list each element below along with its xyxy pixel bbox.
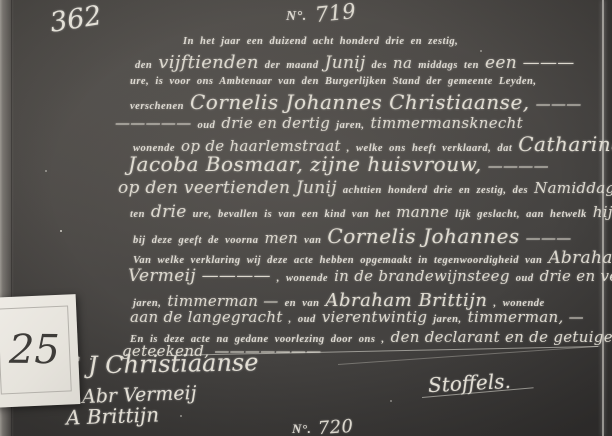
handwritten-text: drie en dertig: [221, 114, 330, 132]
act-line: ten drie ure, bevallen is van een kind v…: [130, 202, 612, 222]
dust-specks: [60, 230, 62, 232]
printed-text: , wonende: [277, 273, 328, 284]
act-line: op den veertienden Junij achttien honder…: [118, 178, 612, 198]
act-number: N°. 719: [286, 1, 356, 25]
printed-text: bij deze geeft de voorna: [133, 235, 258, 246]
signature-christiaanse: C J Christiaanse: [62, 348, 259, 379]
handwritten-text: Junij: [325, 53, 366, 73]
handwritten-dash: ————: [488, 157, 549, 175]
handwritten-text: manne: [396, 203, 449, 221]
act-line: aan de langegracht , oud vierentwintig j…: [130, 308, 584, 326]
act-line: ————— oud drie en dertig jaren, timmerma…: [115, 114, 523, 132]
handwritten-text: vierentwintig: [322, 308, 428, 326]
handwritten-text: vijftienden: [158, 52, 258, 73]
archive-label-number: 25: [9, 327, 60, 373]
handwritten-text: timmermansknecht: [371, 114, 523, 132]
next-act-number-value: 720: [318, 416, 355, 436]
signature-stoffels: Stoffels.: [427, 369, 511, 397]
next-act-number: N°. 720: [292, 417, 354, 436]
printed-text: In het jaar een duizend acht honderd dri…: [183, 36, 458, 47]
corner-number: 362: [48, 0, 104, 39]
printed-text: , oud: [289, 314, 316, 325]
act-number-value: 719: [314, 0, 357, 27]
act-line: In het jaar een duizend acht honderd dri…: [183, 36, 458, 47]
archive-label-border: 25: [0, 305, 72, 394]
printed-text: jaren,: [336, 120, 364, 131]
printed-text: verschenen: [130, 101, 184, 112]
handwritten-text: timmerman, —: [468, 308, 584, 326]
act-line: verschenen Cornelis Johannes Christiaans…: [130, 90, 582, 114]
handwritten-text: men: [264, 229, 298, 247]
handwritten-text: Namiddags: [534, 179, 612, 197]
handwritten-text: na: [393, 54, 412, 72]
handwritten-name: Abraham: [548, 248, 612, 268]
printed-text: achttien honderd drie en zestig, des: [343, 185, 528, 196]
handwritten-text: een ———: [485, 53, 575, 73]
printed-text: oud: [198, 120, 216, 131]
printed-text: ten: [130, 209, 145, 220]
printed-text: Van welke verklaring wij deze acte hebbe…: [133, 255, 542, 266]
act-number-prefix: N°.: [286, 9, 307, 24]
handwritten-text: drie: [151, 202, 187, 222]
act-line: Jacoba Bosmaar, zijne huisvrouw, ————: [128, 152, 549, 176]
negative-photo-of-birth-record: 362 N°. 719 In het jaar een duizend acht…: [0, 0, 612, 436]
printed-text: van: [304, 235, 321, 246]
act-line: den vijftienden der maand Junij des na m…: [135, 52, 575, 73]
signature-brittijn: A Brittijn: [66, 402, 160, 429]
handwritten-text: drie en veertig: [540, 267, 612, 285]
handwritten-dash: ———: [526, 229, 572, 247]
printed-text: der maand: [265, 60, 319, 71]
printed-text: des: [372, 60, 388, 71]
handwritten-text: aan de langegracht: [130, 308, 283, 326]
act-line: Van welke verklaring wij deze acte hebbe…: [133, 248, 612, 268]
printed-text: ure, bevallen is van een kind van het: [193, 209, 391, 220]
archive-label: 25: [0, 294, 80, 408]
printed-text: oud: [516, 273, 534, 284]
handwritten-name: Vermeij ————: [128, 266, 271, 286]
handwritten-text: in de brandewijnsteeg: [334, 267, 510, 285]
handwritten-text: den declarant en de getuigen: [391, 328, 612, 346]
handwritten-text: op den veertienden Junij: [118, 178, 337, 198]
handwritten-name: Cornelis Johannes: [327, 224, 519, 248]
printed-text: den: [135, 60, 152, 71]
handwritten-name: Jacoba Bosmaar, zijne huisvrouw,: [128, 152, 482, 176]
printed-text: lijk geslacht, aan hetwelk: [455, 209, 587, 220]
handwritten-dash: —————: [115, 114, 192, 132]
handwritten-text: hij: [593, 203, 612, 221]
act-line: ure, is voor ons Ambtenaar van den Burge…: [130, 76, 537, 87]
printed-text: ure, is voor ons Ambtenaar van den Burge…: [130, 76, 537, 87]
act-line: Vermeij ———— , wonende in de brandewijns…: [128, 266, 612, 286]
act-line: bij deze geeft de voorna men van Corneli…: [133, 224, 572, 248]
handwritten-name: Cornelis Johannes Christiaanse,: [190, 90, 530, 114]
printed-text: middags ten: [418, 60, 479, 71]
next-act-number-prefix: N°.: [292, 421, 311, 436]
printed-text: jaren,: [433, 314, 461, 325]
handwritten-dash: ———: [536, 95, 582, 113]
